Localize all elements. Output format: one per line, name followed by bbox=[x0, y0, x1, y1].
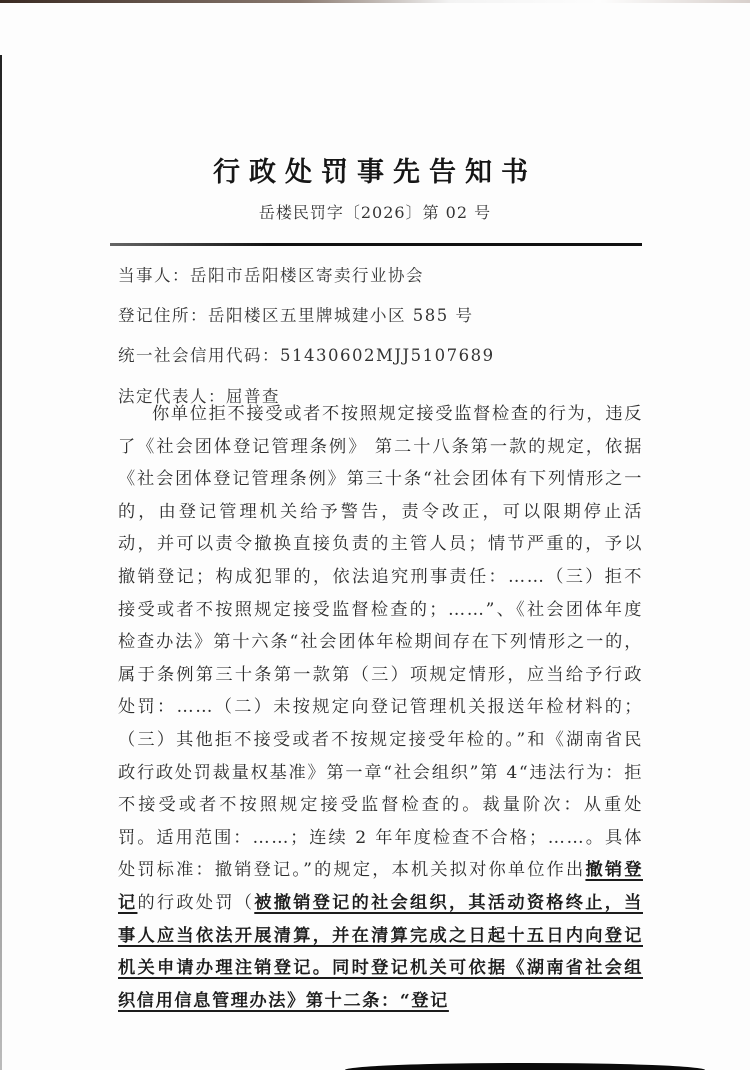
field-value: 51430602MJJ5107689 bbox=[280, 346, 495, 365]
document-number: 岳楼民罚字〔2026〕第 02 号 bbox=[0, 200, 750, 223]
header-divider bbox=[110, 243, 642, 246]
field-label: 登记住所： bbox=[118, 306, 208, 325]
field-label: 当事人： bbox=[118, 266, 190, 285]
body-paragraph: 你单位拒不接受或者不按照规定接受监督检查的行为，违反了《社会团体登记管理条例》 … bbox=[118, 398, 643, 1017]
body-text-part1: 你单位拒不接受或者不按照规定接受监督检查的行为，违反了《社会团体登记管理条例》 … bbox=[118, 404, 643, 880]
field-value: 岳阳市岳阳楼区寄卖行业协会 bbox=[190, 266, 424, 285]
field-credit-code: 统一社会信用代码：51430602MJJ5107689 bbox=[118, 342, 495, 366]
field-label: 统一社会信用代码： bbox=[118, 346, 280, 365]
field-address: 登记住所：岳阳楼区五里牌城建小区 585 号 bbox=[118, 302, 473, 326]
body-text-part2: 的行政处罚（ bbox=[137, 893, 254, 913]
field-party: 当事人：岳阳市岳阳楼区寄卖行业协会 bbox=[118, 262, 424, 286]
scan-edge-top bbox=[0, 0, 750, 3]
document-title: 行政处罚事先告知书 bbox=[0, 150, 750, 189]
scan-edge-bottom bbox=[345, 1063, 705, 1070]
field-value: 岳阳楼区五里牌城建小区 585 号 bbox=[208, 306, 473, 325]
